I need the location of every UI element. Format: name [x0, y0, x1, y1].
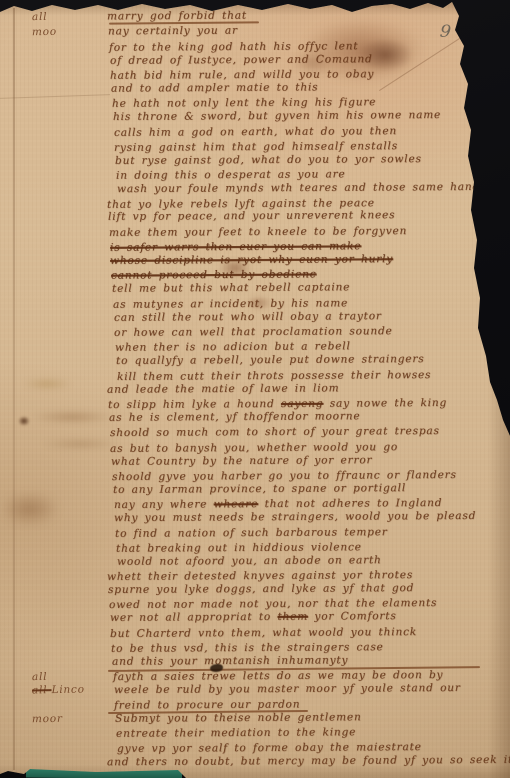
manuscript-line: fayth a saies trewe letts do as we may b… — [113, 670, 443, 683]
manuscript-line: gyve vp yor sealf to forme obay the maie… — [117, 742, 422, 754]
manuscript-line: shoold so much com to short of your grea… — [110, 426, 440, 439]
manuscript-line: make them your feet to kneele to be forg… — [109, 226, 407, 238]
manuscript-line: calls him a god on earth, what do you th… — [114, 126, 397, 138]
deleted-word: wheare — [213, 498, 258, 510]
manuscript-line: to any Iarman province, to spane or port… — [113, 483, 406, 495]
manuscript-line: he hath not only lent the king his figur… — [112, 97, 376, 109]
fold-crease — [13, 8, 15, 770]
manuscript-line: kill them cutt their throts possesse the… — [117, 370, 431, 382]
stain — [0, 492, 60, 526]
manuscript-line: in doing this o desperat as you are — [116, 170, 346, 182]
manuscript-page: 9 marry god forbid thatallnay certainly … — [0, 0, 510, 778]
manuscript-line: as but to banysh you, whether woold you … — [110, 442, 398, 454]
manuscript-line: owed not nor made not you, nor that the … — [109, 598, 437, 611]
margin-speech-prefix: all — [32, 672, 48, 683]
manuscript-line: can still the rout who will obay a trayt… — [114, 311, 382, 323]
manuscript-line: nay certainly you ar — [108, 26, 238, 37]
margin-speech-prefix: all Linco — [32, 685, 85, 696]
manuscript-line: and to add ampler matie to this — [111, 82, 318, 94]
manuscript-line: wer not all appropriat to them yor Comfo… — [110, 611, 397, 623]
manuscript-line: marry god forbid that — [107, 11, 247, 22]
manuscript-line: to slipp him lyke a hound sayeng say now… — [108, 398, 447, 411]
manuscript-line: when ther is no adicion but a rebell — [115, 342, 351, 354]
manuscript-line: cannot proceed but by obedienc — [111, 270, 317, 282]
manuscript-line: to be thus vsd, this is the straingers c… — [111, 642, 384, 654]
manuscript-line: whose discipline is ryot why euen yor hu… — [110, 254, 393, 266]
manuscript-line: to quallyfy a rebell, youle put downe st… — [116, 354, 425, 366]
manuscript-line: but Charterd vnto them, what woold you t… — [110, 627, 417, 639]
manuscript-line: why you must needs be straingers, woold … — [114, 511, 476, 524]
manuscript-line: that breaking out in hiddious violence — [116, 542, 362, 554]
manuscript-line: what Country by the nature of yor error — [111, 455, 372, 467]
manuscript-line: that yo lyke rebels lyft against the pea… — [107, 198, 375, 210]
folio-number: 9 — [439, 23, 452, 41]
stain — [22, 378, 72, 390]
manuscript-line: tell me but this what rebell captaine — [112, 283, 350, 295]
manuscript-line: wash your foule mynds wth teares and tho… — [117, 182, 486, 195]
margin-speech-prefix: moo — [32, 27, 57, 38]
margin-speech-prefix: all — [32, 12, 48, 23]
deleted-word: sayeng — [281, 398, 323, 410]
manuscript-line: woold not afoord you, an abode on earth — [117, 555, 382, 567]
manuscript-line: and this your momtanish inhumanyty — [112, 655, 348, 667]
manuscript-line: his throne & sword, but gyven him his ow… — [113, 110, 441, 123]
manuscript-line: is safer warrs then euer you can make — [110, 241, 361, 253]
manuscript-line: spurne you lyke doggs, and lyke as yf th… — [108, 583, 414, 595]
manuscript-line: for to the king god hath his offyc lent — [109, 41, 358, 53]
photo-background: 9 marry god forbid thatallnay certainly … — [0, 0, 510, 778]
manuscript-line: Submyt you to theise noble gentlemen — [115, 712, 362, 724]
manuscript-line: as mutynes ar incident, by his name — [113, 298, 348, 310]
manuscript-line: shoold gyve you harber go you to ffraunc… — [112, 470, 457, 483]
manuscript-line: lift vp for peace, and your unreverent k… — [108, 211, 395, 223]
margin-speech-prefix: moor — [32, 713, 63, 724]
manuscript-line: but ryse gainst god, what do you to yor … — [115, 154, 422, 166]
fold-crease — [0, 94, 110, 99]
stain — [18, 416, 30, 426]
manuscript-line: hath bid him rule, and willd you to obay — [110, 69, 374, 81]
stain — [30, 410, 115, 424]
manuscript-line: entreate their mediation to the kinge — [116, 727, 356, 739]
manuscript-line: nay any where wheare that not adheres to… — [114, 498, 442, 511]
manuscript-line: and thers no doubt, but mercy may be fou… — [107, 755, 510, 768]
fold-crease — [379, 14, 497, 91]
manuscript-line: to find a nation of such barbarous tempe… — [115, 527, 388, 539]
manuscript-line: whett their detested knyves against yor … — [107, 570, 413, 582]
deleted-word: them — [277, 611, 308, 623]
manuscript-line: weele be ruld by you master moor yf youl… — [114, 683, 461, 696]
stain — [40, 438, 120, 450]
manuscript-line: as he is clement, yf thoffendor moorne — [109, 411, 360, 423]
manuscript-line: or howe can well that proclamation sound… — [114, 326, 393, 338]
manuscript-line: freind to procure our pardon — [114, 699, 300, 711]
manuscript-line: and leade the matie of lawe in liom — [107, 383, 339, 395]
deleted-word: all — [32, 684, 52, 696]
manuscript-line: of dread of Iustyce, power and Comaund — [110, 54, 373, 66]
manuscript-line: rysing gainst him that god himsealf enst… — [114, 141, 398, 153]
